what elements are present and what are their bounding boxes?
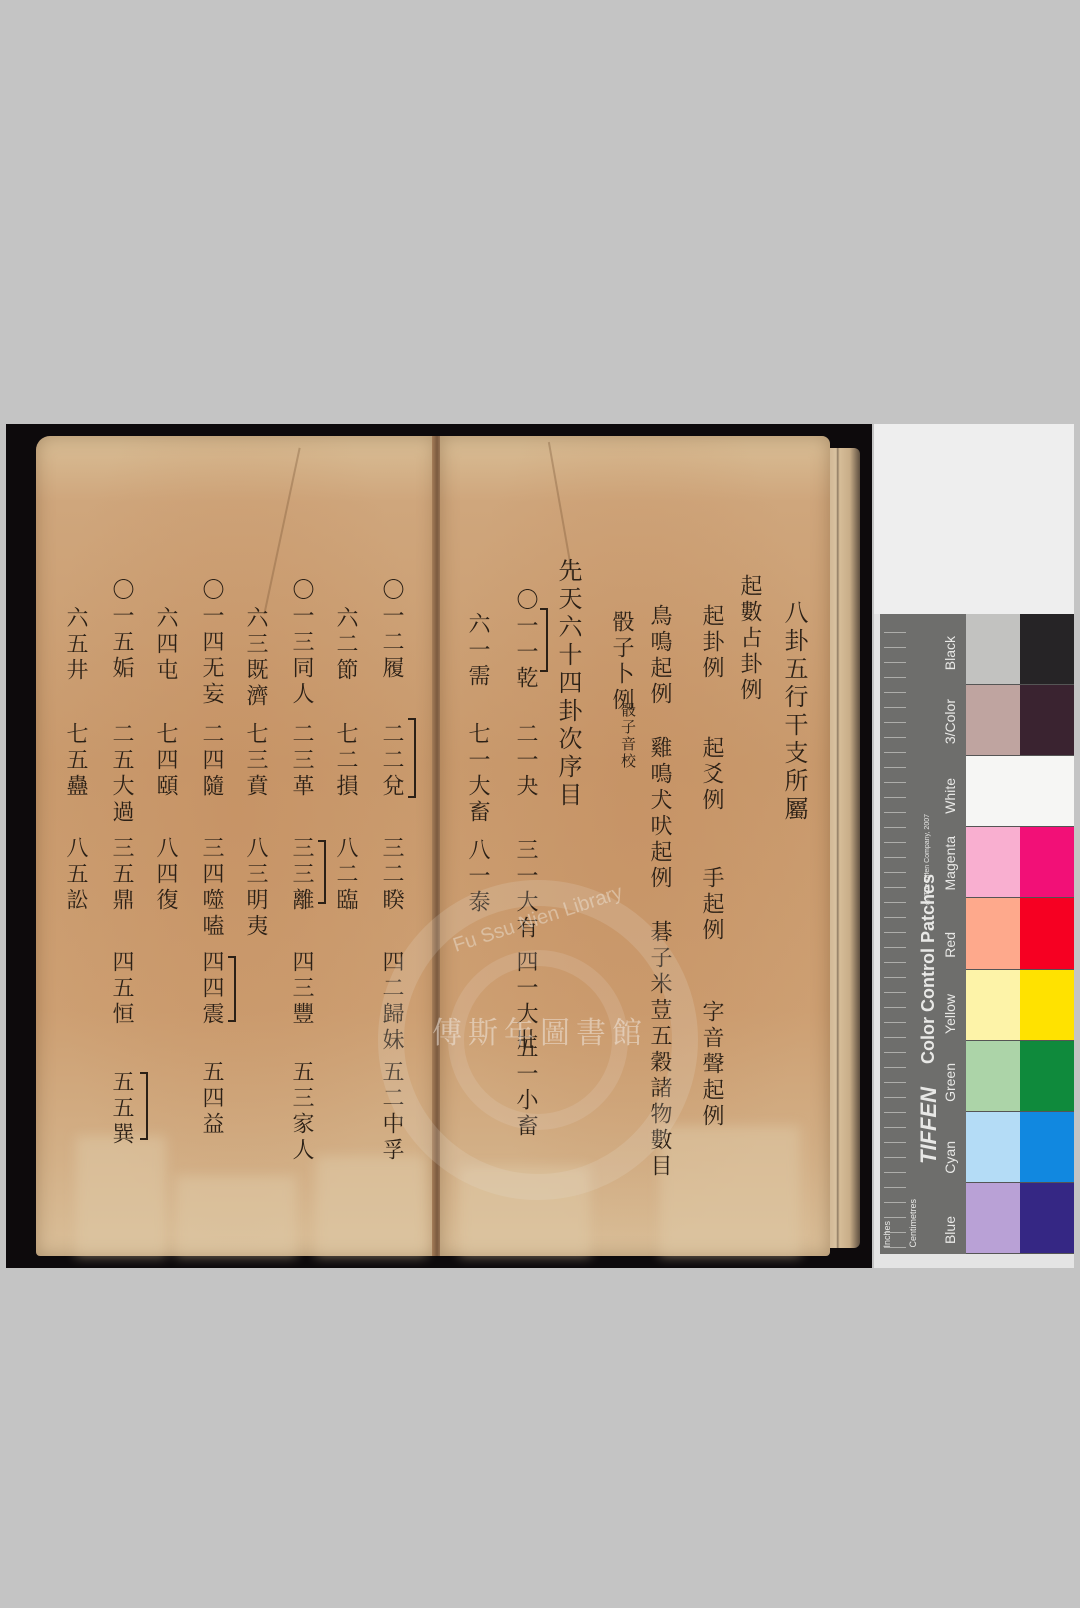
- hexagram-entry: 八四復: [154, 836, 176, 914]
- bracket-mark: [408, 718, 416, 798]
- hexagram-entry: 五五巽: [110, 1070, 132, 1148]
- color-patch-white-light: [966, 756, 1020, 827]
- hexagram-entry: 八二臨: [334, 836, 356, 914]
- ruler-strip: Inches Centimetres TIFFEN Color Control …: [880, 614, 966, 1254]
- hexagram-entry: 二四隨: [200, 722, 222, 800]
- annotation-column: 骰子音校: [620, 702, 635, 770]
- color-patch-red-light: [966, 898, 1020, 969]
- text-column: 手起例: [700, 866, 722, 944]
- hexagram-entry: 八一泰: [466, 838, 488, 916]
- hexagram-entry: 四四震: [200, 950, 222, 1028]
- text-column: 骰子卜例: [610, 610, 632, 714]
- hexagram-entry: 七三賁: [244, 722, 266, 800]
- water-stain: [460, 1166, 590, 1256]
- hexagram-entry: 六三既濟: [244, 606, 266, 710]
- patch-label-green: Green: [942, 1063, 958, 1102]
- patch-label-blue: Blue: [942, 1216, 958, 1244]
- bracket-mark: [318, 840, 326, 904]
- bracket-mark: [540, 608, 548, 672]
- color-patch-green-dark: [1020, 1041, 1074, 1112]
- hexagram-entry: 二三革: [290, 722, 312, 800]
- color-patch-yellow-light: [966, 970, 1020, 1041]
- color-patch-green-light: [966, 1041, 1020, 1112]
- text-column: 雞鳴犬吠起例: [648, 736, 670, 892]
- hexagram-entry: 四五恒: [110, 950, 132, 1028]
- color-patch-blue-light: [966, 1183, 1020, 1254]
- patch-label-red: Red: [942, 932, 958, 958]
- hexagram-entry: 八三明夷: [244, 836, 266, 940]
- hexagram-entry: 五三家人: [290, 1060, 312, 1164]
- color-patch-magenta-dark: [1020, 827, 1074, 898]
- hexagram-entry: 八五訟: [64, 836, 86, 914]
- hexagram-entry: 七四頤: [154, 722, 176, 800]
- ruler-inches-label: Inches: [882, 1221, 892, 1248]
- right-page: [440, 436, 830, 1256]
- bracket-mark: [140, 1072, 148, 1140]
- hexagram-entry: 四二歸妹: [380, 950, 402, 1054]
- text-column: 鳥鳴起例: [648, 604, 670, 708]
- color-patch-3color-light: [966, 685, 1020, 756]
- chart-copyright: © The Tiffen Company, 2007: [924, 814, 931, 905]
- hexagram-entry: 〇一四无妄: [200, 578, 222, 708]
- text-column: 字音聲起例: [700, 1000, 722, 1130]
- ruler-cm-label: Centimetres: [908, 1199, 918, 1248]
- hexagram-entry: 〇一三同人: [290, 578, 312, 708]
- hexagram-entry: 三一大有: [514, 838, 536, 942]
- hexagram-entry: 七五蠱: [64, 722, 86, 800]
- water-stain: [316, 1156, 426, 1256]
- hexagram-entry: 五一小畜: [514, 1036, 536, 1140]
- color-control-chart: Inches Centimetres TIFFEN Color Control …: [874, 424, 1074, 1268]
- hexagram-entry: 五二中孚: [380, 1060, 402, 1164]
- water-stain: [76, 1136, 166, 1256]
- hexagram-entry: 四三豐: [290, 950, 312, 1028]
- hexagram-entry: 六五井: [64, 606, 86, 684]
- hexagram-entry: 〇一二履: [380, 578, 402, 682]
- hexagram-entry: 六二節: [334, 606, 356, 684]
- patch-label-cyan: Cyan: [942, 1141, 958, 1174]
- bracket-mark: [228, 956, 236, 1022]
- water-stain: [660, 1126, 800, 1256]
- patch-label-yellow: Yellow: [942, 994, 958, 1034]
- chart-blank-area: [874, 424, 1074, 614]
- hexagram-entry: 二五大過: [110, 722, 132, 826]
- color-patch-yellow-dark: [1020, 970, 1074, 1041]
- hexagram-entry: 三四噬嗑: [200, 836, 222, 940]
- text-column: 起爻例: [700, 736, 722, 814]
- section-title-eight-trigrams: 八卦五行干支所屬: [782, 600, 806, 824]
- color-patch-black-light: [966, 614, 1020, 685]
- patch-label-3color: 3/Color: [942, 699, 958, 744]
- hexagram-entry: 三二睽: [380, 836, 402, 914]
- hexagram-entry: 三三離: [290, 836, 312, 914]
- tiffen-logo: TIFFEN: [916, 1087, 942, 1164]
- color-patch-cyan-dark: [1020, 1112, 1074, 1183]
- color-patch-cyan-light: [966, 1112, 1020, 1183]
- color-patch-white-dark: [1020, 756, 1074, 827]
- hexagram-entry: 七二損: [334, 722, 356, 800]
- hexagram-entry: 〇一五姤: [110, 578, 132, 682]
- ruler-ticks: [884, 618, 906, 1250]
- patch-label-white: White: [942, 778, 958, 814]
- patch-label-magenta: Magenta: [942, 836, 958, 890]
- patch-label-black: Black: [942, 636, 958, 670]
- hexagram-entry: 三五鼎: [110, 836, 132, 914]
- color-patch-red-dark: [1020, 898, 1074, 969]
- color-patch-blue-dark: [1020, 1183, 1074, 1254]
- text-column: 碁子米荳五穀諸物數目: [648, 920, 670, 1180]
- hexagram-entry: 六四屯: [154, 606, 176, 684]
- book-page-edges: [826, 448, 860, 1248]
- section-title-sixty-four-hexagrams: 先天六十四卦次序目: [556, 558, 580, 810]
- left-page: [36, 436, 436, 1256]
- color-patch-black-dark: [1020, 614, 1074, 685]
- hexagram-entry: 五四益: [200, 1060, 222, 1138]
- water-stain: [176, 1176, 296, 1256]
- hexagram-entry: 〇一一乾: [514, 588, 536, 692]
- text-column: 起卦例: [700, 604, 722, 682]
- hexagram-entry: 二二兌: [380, 722, 402, 800]
- hexagram-entry: 六一需: [466, 612, 488, 690]
- hexagram-entry: 二一夬: [514, 722, 536, 800]
- color-patch-magenta-light: [966, 827, 1020, 898]
- text-column: 起數占卦例: [738, 574, 760, 704]
- hexagram-entry: 七一大畜: [466, 722, 488, 826]
- color-patch-3color-dark: [1020, 685, 1074, 756]
